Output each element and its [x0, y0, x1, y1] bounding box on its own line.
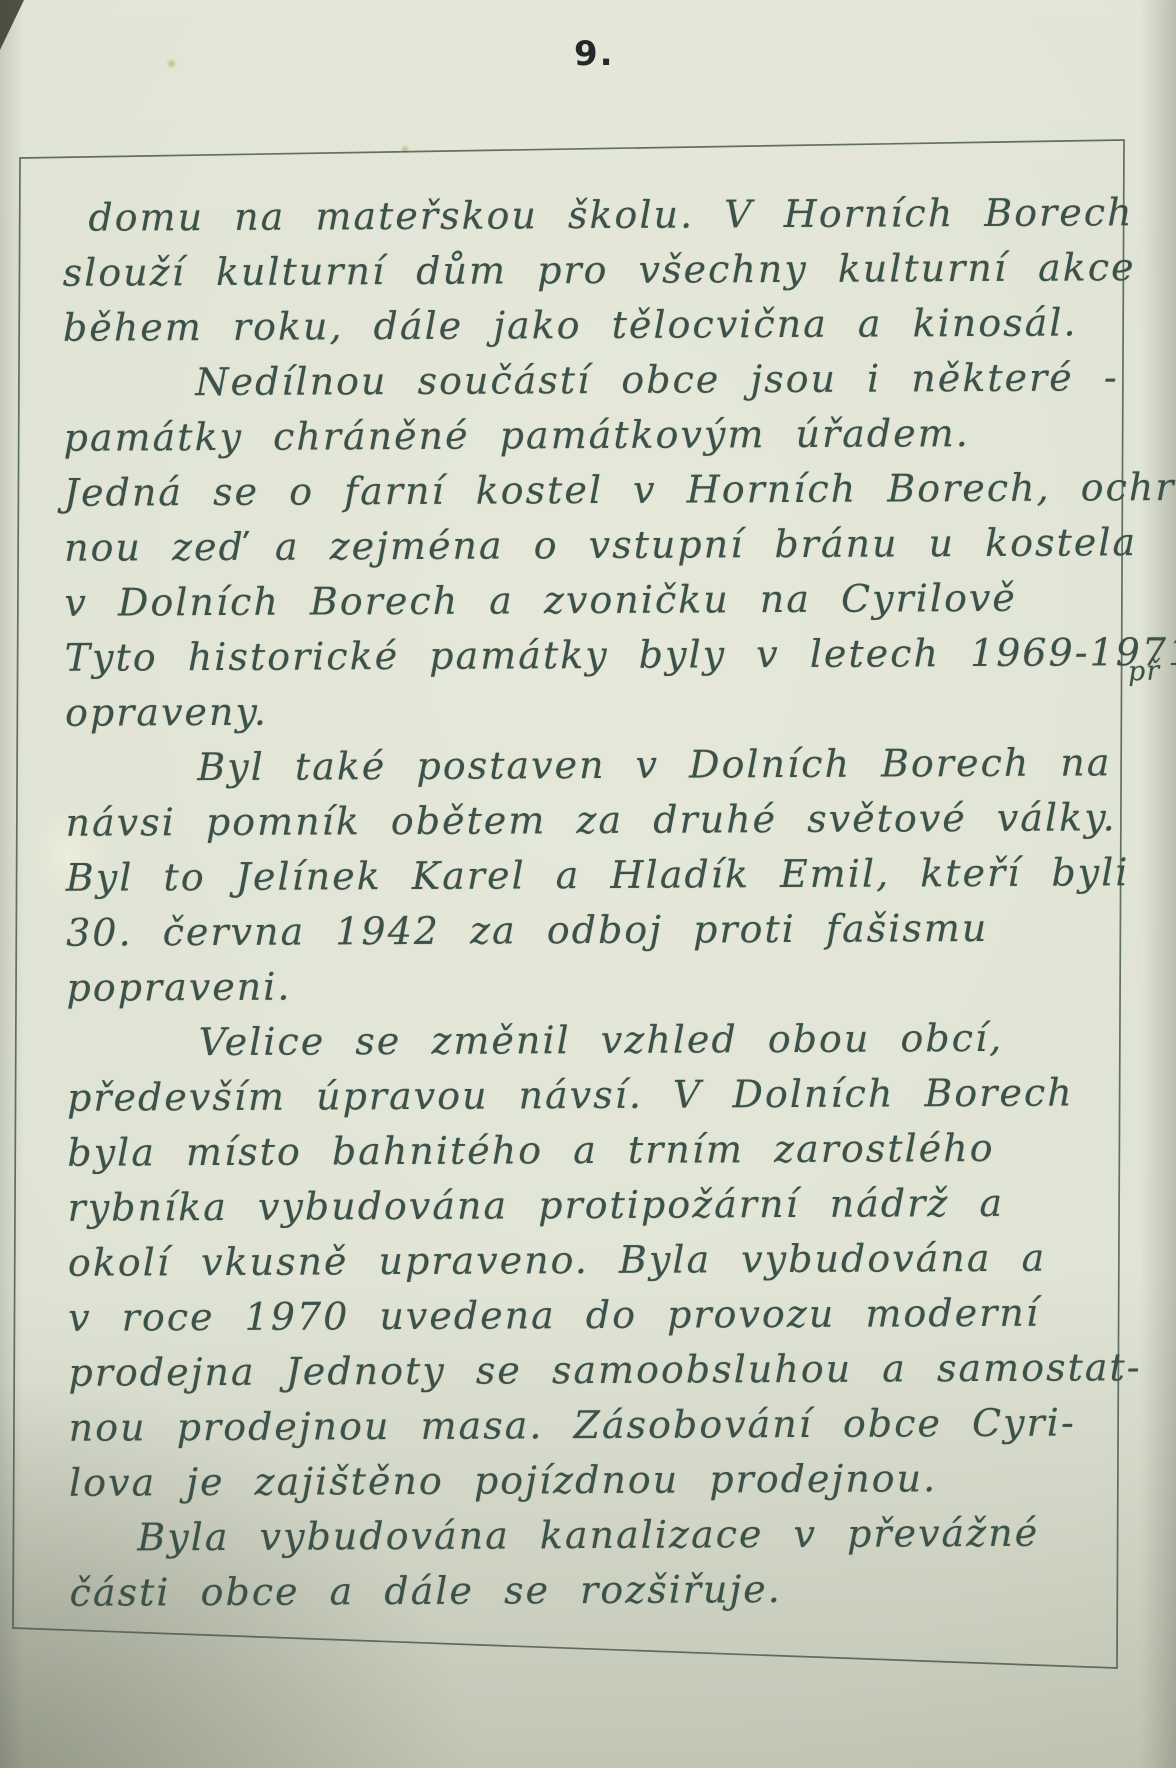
manuscript-line: byla místo bahnitého a trním zarostlého: [67, 1120, 1133, 1181]
manuscript-line: v Dolních Borech a zvoničku na Cyrilově: [64, 570, 1130, 631]
page-number: 9.: [574, 34, 615, 74]
manuscript-line: 30. června 1942 za odboj proti fašismu: [66, 900, 1132, 961]
manuscript-line: okolí vkusně upraveno. Byla vybudována a: [68, 1230, 1134, 1291]
manuscript-line: Byl také postaven v Dolních Borech na: [65, 735, 1131, 796]
manuscript-line: především úpravou návsí. V Dolních Borec…: [67, 1065, 1133, 1126]
manuscript-line: nou prodejnou masa. Zásobování obce Cyri…: [69, 1395, 1135, 1456]
manuscript-line: prodejna Jednoty se samoobsluhou a samos…: [68, 1340, 1134, 1401]
manuscript-line: popraveni.: [66, 955, 1132, 1016]
manuscript-line: části obce a dále se rozšiřuje.: [69, 1560, 1135, 1621]
manuscript-line: domu na mateřskou školu. V Horních Borec…: [62, 185, 1128, 246]
manuscript-line: Nedílnou součástí obce jsou i některé -: [63, 350, 1129, 411]
manuscript-line: rybníka vybudována protipožární nádrž a: [67, 1175, 1133, 1236]
margin-note: př: [1127, 655, 1160, 687]
manuscript-line: Velice se změnil vzhled obou obcí,: [67, 1010, 1133, 1071]
manuscript-line: slouží kulturní dům pro všechny kulturní…: [63, 240, 1129, 301]
manuscript-line: během roku, dále jako tělocvična a kinos…: [63, 295, 1129, 356]
manuscript-line: Byl to Jelínek Karel a Hladík Emil, kteř…: [66, 845, 1132, 906]
manuscript-line: Jedná se o farní kostel v Horních Borech…: [64, 460, 1130, 521]
manuscript-line: návsi pomník obětem za druhé světové vál…: [65, 790, 1131, 851]
chronicle-page: 9. domu na mateřskou školu. V Horních Bo…: [0, 0, 1176, 1768]
manuscript-line: památky chráněné památkovým úřadem.: [63, 405, 1129, 466]
manuscript-line: v roce 1970 uvedena do provozu moderní: [68, 1285, 1134, 1346]
manuscript-text-block: domu na mateřskou školu. V Horních Borec…: [62, 185, 1135, 1621]
manuscript-line: lova je zajištěno pojízdnou prodejnou.: [69, 1450, 1135, 1511]
manuscript-line: Tyto historické památky byly v letech 19…: [65, 625, 1131, 686]
manuscript-line: nou zeď a zejména o vstupní bránu u kost…: [64, 515, 1130, 576]
manuscript-line: opraveny.: [65, 680, 1131, 741]
manuscript-line: Byla vybudována kanalizace v převážné: [69, 1505, 1135, 1566]
